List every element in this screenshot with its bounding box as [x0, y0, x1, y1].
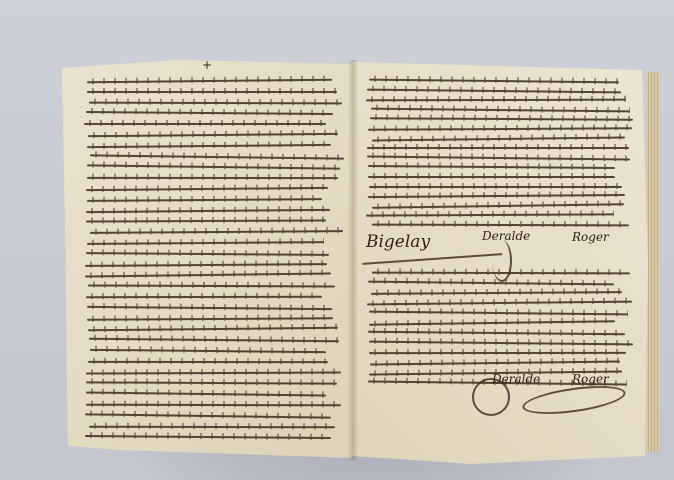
handwriting-line: [88, 361, 328, 363]
handwriting-line: [86, 296, 322, 298]
handwriting-line: [84, 123, 326, 125]
handwriting-line: [87, 241, 324, 245]
handwriting-line: [86, 177, 337, 179]
handwriting-line: [90, 349, 326, 353]
handwriting-line: [87, 317, 333, 321]
signature-oval-flourish: [521, 381, 627, 419]
right-page: Bigelay Deralde Roger Deralde Roger: [352, 62, 648, 464]
handwriting-line: [89, 425, 335, 428]
book-gutter: [348, 60, 358, 460]
handwriting-line: [372, 203, 624, 208]
handwriting-line: [86, 371, 341, 374]
handwriting-line: [88, 133, 338, 137]
handwriting-line: [369, 352, 626, 354]
signature-roger: Roger: [572, 230, 609, 244]
signature-flourish: [492, 240, 512, 282]
top-mark: +: [202, 58, 212, 72]
handwriting-line: [371, 107, 630, 112]
handwriting-line: [87, 165, 340, 170]
handwriting-line: [86, 382, 337, 385]
handwriting-line: [370, 360, 620, 365]
handwriting-line: [369, 311, 628, 316]
handwriting-line: [88, 327, 338, 332]
handwriting-line: [86, 252, 329, 256]
handwriting-line: [89, 101, 342, 104]
signature-roger-2: Roger: [572, 372, 609, 386]
handwriting-line: [371, 291, 622, 295]
handwriting-line: [370, 118, 633, 121]
handwriting-line: [88, 285, 335, 288]
handwriting-line: [368, 281, 614, 286]
handwriting-line: [85, 263, 327, 267]
handwriting-line: [86, 404, 341, 407]
handwriting-line: [371, 224, 628, 227]
handwriting-line: [85, 413, 331, 418]
page-edges: [646, 72, 660, 452]
handwriting-line: [369, 320, 615, 325]
handwriting-line: [85, 273, 331, 278]
handwriting-line: [369, 341, 633, 346]
handwriting-line: [368, 165, 615, 169]
handwriting-line: [372, 272, 630, 275]
handwriting-line: [367, 301, 632, 306]
handwriting-line: [87, 144, 331, 148]
handwriting-line: [369, 186, 622, 188]
handwriting-line: [366, 99, 626, 102]
handwriting-line: [90, 230, 343, 234]
handwriting-line: [86, 111, 333, 115]
handwriting-line: [86, 187, 328, 191]
handwriting-line: [87, 198, 322, 202]
handwriting-line: [368, 331, 625, 336]
handwriting-line: [87, 306, 332, 310]
left-page: +: [62, 60, 352, 458]
signature-bigelay: Bigelay: [366, 232, 430, 252]
signature-loop: [472, 378, 510, 416]
handwriting-line: [368, 194, 625, 198]
handwriting-line: [86, 220, 326, 223]
handwriting-line: [372, 136, 625, 141]
handwriting-line: [90, 154, 344, 159]
handwriting-line: [367, 147, 629, 149]
handwriting-line: [367, 88, 621, 93]
handwriting-line: [366, 214, 614, 217]
handwriting-line: [369, 79, 619, 84]
handwriting-line: [368, 127, 632, 130]
handwriting-line: [86, 392, 326, 397]
handwriting-line: [87, 91, 337, 93]
handwriting-line: [86, 208, 330, 212]
handwriting-line: [85, 435, 331, 439]
handwriting-line: [367, 155, 630, 160]
handwriting-line: [89, 338, 339, 342]
handwriting-line: [368, 176, 615, 178]
handwriting-line: [87, 79, 332, 84]
